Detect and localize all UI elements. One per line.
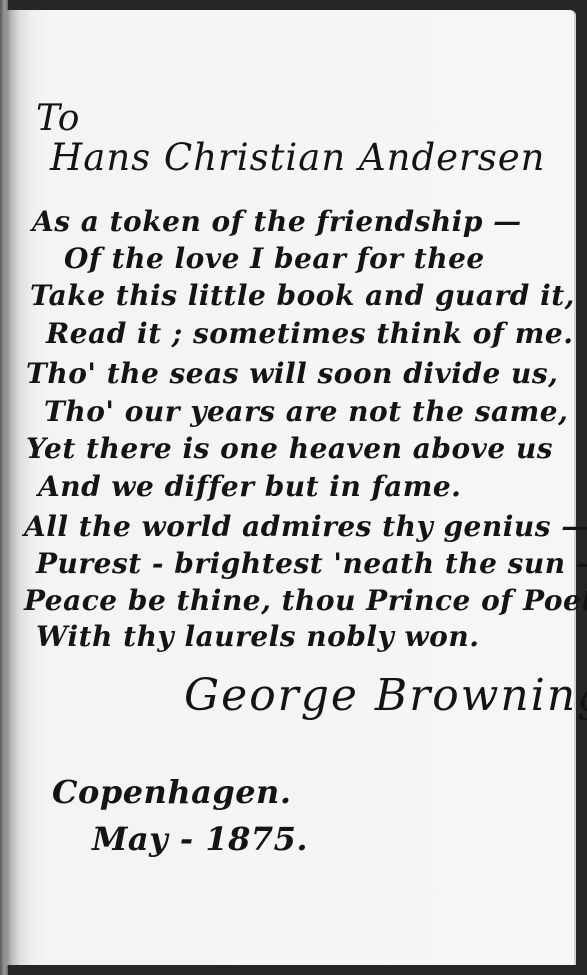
poem-line: As a token of the friendship — (32, 205, 522, 238)
place-line: Copenhagen. (52, 773, 291, 811)
poem-line: Read it ; sometimes think of me. (46, 317, 573, 350)
poem-line: Take this little book and guard it, (30, 279, 575, 312)
inscription-page: To Hans Christian Andersen As a token of… (6, 10, 576, 965)
poem-line: Of the love I bear for thee (64, 242, 485, 275)
poem-line: Peace be thine, thou Prince of Poets, (24, 584, 587, 617)
poem-line: Tho' our years are not the same, (44, 395, 568, 428)
poem-line: With thy laurels nobly won. (36, 620, 479, 653)
poem-line: All the world admires thy genius — (24, 510, 587, 543)
date-line: May - 1875. (92, 820, 308, 858)
signature: George Browning (184, 670, 587, 721)
poem-line: Yet there is one heaven above us (26, 432, 553, 465)
poem-line: Purest - brightest 'neath the sun — (36, 547, 587, 580)
poem-line: And we differ but in fame. (38, 470, 461, 503)
poem-line: Tho' the seas will soon divide us, (26, 357, 558, 390)
recipient-name: Hans Christian Andersen (50, 136, 545, 179)
salutation: To (36, 98, 80, 139)
